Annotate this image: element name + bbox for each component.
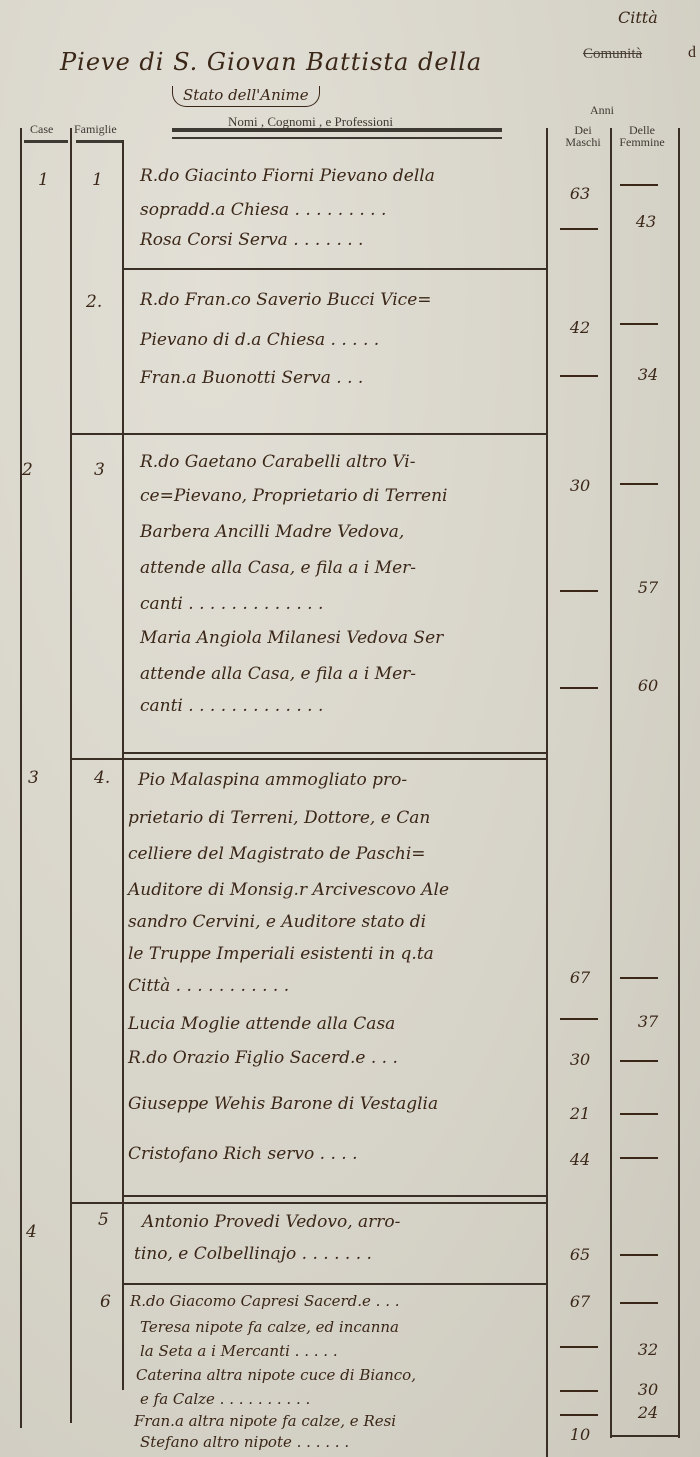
- entry-line: celliere del Magistrato de Paschi=: [128, 844, 426, 864]
- header-rule: [172, 128, 502, 132]
- age-male: 42: [560, 318, 600, 337]
- entry-line: R.do Giacomo Capresi Sacerd.e . . .: [130, 1292, 400, 1310]
- famiglia-number: 6: [100, 1292, 111, 1312]
- age-female: 57: [628, 578, 668, 597]
- header-rule: [76, 140, 122, 143]
- row-divider: [70, 758, 546, 760]
- age-female: 37: [628, 1012, 668, 1031]
- entry-line: canti . . . . . . . . . . . . .: [140, 594, 323, 614]
- age-male: 10: [560, 1425, 600, 1444]
- age-male-empty: [560, 590, 598, 592]
- casa-number: 2: [22, 460, 33, 480]
- entry-line: Pio Malaspina ammogliato pro-: [138, 770, 407, 790]
- age-male-empty: [560, 1018, 598, 1020]
- entry-line: Teresa nipote fa calze, ed incanna: [140, 1318, 399, 1336]
- age-female: 60: [628, 676, 668, 695]
- entry-line: Auditore di Monsig.r Arcivescovo Ale: [128, 880, 449, 900]
- row-divider: [70, 433, 546, 435]
- column-header-anni: Anni: [590, 103, 614, 118]
- struck-comunita-label: Comunità: [583, 46, 642, 63]
- age-male-empty: [560, 1346, 598, 1348]
- age-female: 32: [628, 1340, 668, 1359]
- age-male: 67: [560, 1292, 600, 1311]
- age-female: 34: [628, 365, 668, 384]
- entry-line: R.do Gaetano Carabelli altro Vi-: [140, 452, 415, 472]
- entry-line: le Truppe Imperiali esistenti in q.ta: [128, 944, 434, 964]
- famiglia-number: 2.: [86, 292, 102, 312]
- entry-line: R.do Fran.co Saverio Bucci Vice=: [140, 290, 432, 310]
- entry-line: Antonio Provedi Vedovo, arro-: [142, 1212, 400, 1232]
- row-divider: [122, 752, 546, 754]
- entry-line: tino, e Colbellinajo . . . . . . .: [134, 1244, 372, 1264]
- column-header-case: Case: [30, 122, 53, 137]
- column-divider: [70, 128, 72, 1423]
- row-divider: [612, 1435, 678, 1437]
- entry-line: sandro Cervini, e Auditore stato di: [128, 912, 426, 932]
- age-female-empty: [620, 184, 658, 186]
- entry-line: ce=Pievano, Proprietario di Terreni: [140, 486, 447, 506]
- entry-line: Lucia Moglie attende alla Casa: [128, 1014, 395, 1034]
- column-header-famiglie: Famiglie: [74, 122, 117, 137]
- entry-line: R.do Giacinto Fiorni Pievano della: [140, 166, 435, 186]
- column-divider: [20, 128, 22, 1428]
- age-male: 67: [560, 968, 600, 987]
- age-female-empty: [620, 323, 658, 325]
- column-divider: [610, 128, 612, 1438]
- age-male-empty: [560, 1390, 598, 1392]
- row-divider: [122, 268, 546, 270]
- age-female-empty: [620, 1113, 658, 1115]
- age-female: 43: [626, 212, 666, 231]
- age-male: 65: [560, 1245, 600, 1264]
- age-female-empty: [620, 1302, 658, 1304]
- age-female-empty: [620, 1060, 658, 1062]
- entry-line: Barbera Ancilli Madre Vedova,: [140, 522, 404, 542]
- age-female-empty: [620, 483, 658, 485]
- age-female: 24: [628, 1403, 668, 1422]
- entry-line: Fran.a altra nipote fa calze, e Resi: [134, 1412, 396, 1430]
- column-header-maschi: Dei Maschi: [561, 124, 605, 148]
- age-male-empty: [560, 1414, 598, 1416]
- entry-line: Giuseppe Wehis Barone di Vestaglia: [128, 1094, 438, 1114]
- document-subtitle: Stato dell'Anime: [172, 86, 320, 107]
- column-header-femmine: Delle Femmine: [614, 124, 670, 148]
- entry-line: sopradd.a Chiesa . . . . . . . . .: [140, 200, 386, 220]
- trailing-letter: d: [688, 44, 696, 62]
- entry-line: attende alla Casa, e fila a i Mer-: [140, 664, 416, 684]
- famiglia-number: 5: [98, 1210, 109, 1230]
- entry-line: la Seta a i Mercanti . . . . .: [140, 1342, 338, 1360]
- entry-line: Caterina altra nipote cuce di Bianco,: [136, 1366, 416, 1384]
- entry-line: attende alla Casa, e fila a i Mer-: [140, 558, 416, 578]
- famiglia-number: 4.: [94, 768, 110, 788]
- column-divider: [546, 128, 548, 1457]
- age-male-empty: [560, 687, 598, 689]
- entry-line: Pievano di d.a Chiesa . . . . .: [140, 330, 379, 350]
- city-label: Città: [618, 8, 658, 27]
- row-divider: [122, 1283, 546, 1285]
- casa-number: 3: [28, 768, 39, 788]
- age-female-empty: [620, 1157, 658, 1159]
- row-divider: [122, 1195, 546, 1197]
- entry-line: canti . . . . . . . . . . . . .: [140, 696, 323, 716]
- entry-line: Fran.a Buonotti Serva . . .: [140, 368, 363, 388]
- entry-line: R.do Orazio Figlio Sacerd.e . . .: [128, 1048, 398, 1068]
- entry-line: Cristofano Rich servo . . . .: [128, 1144, 357, 1164]
- age-male-empty: [560, 375, 598, 377]
- age-male: 30: [560, 476, 600, 495]
- header-rule: [24, 140, 68, 143]
- age-male-empty: [560, 228, 598, 230]
- casa-number: 4: [26, 1222, 37, 1242]
- age-female: 30: [628, 1380, 668, 1399]
- age-male: 63: [560, 184, 600, 203]
- age-female-empty: [620, 1254, 658, 1256]
- age-male: 21: [560, 1104, 600, 1123]
- column-divider: [678, 128, 680, 1438]
- age-female-empty: [620, 977, 658, 979]
- census-page: Pieve di S. Giovan Battista della Stato …: [0, 0, 700, 1457]
- age-male: 44: [560, 1150, 600, 1169]
- famiglia-number: 3: [94, 460, 105, 480]
- row-divider: [70, 1202, 546, 1204]
- age-male: 30: [560, 1050, 600, 1069]
- entry-line: e fa Calze . . . . . . . . . .: [140, 1390, 310, 1408]
- entry-line: Città . . . . . . . . . . .: [128, 976, 289, 996]
- entry-line: Maria Angiola Milanesi Vedova Ser: [140, 628, 443, 648]
- entry-line: prietario di Terreni, Dottore, e Can: [128, 808, 430, 828]
- entry-line: Stefano altro nipote . . . . . .: [140, 1433, 349, 1451]
- entry-line: Rosa Corsi Serva . . . . . . .: [140, 230, 363, 250]
- casa-number: 1: [38, 170, 49, 190]
- header-rule: [172, 137, 502, 139]
- famiglia-number: 1: [92, 170, 103, 190]
- document-title: Pieve di S. Giovan Battista della: [60, 48, 482, 76]
